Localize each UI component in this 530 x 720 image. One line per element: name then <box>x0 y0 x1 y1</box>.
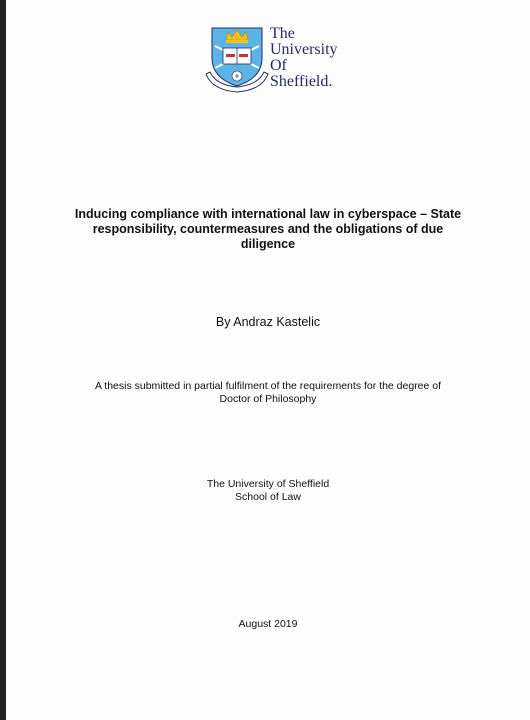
university-crest-icon <box>202 24 272 96</box>
degree-name: Doctor of Philosophy <box>6 393 530 406</box>
school-name: School of Law <box>6 491 530 504</box>
institution-block: The University of Sheffield School of La… <box>6 478 530 504</box>
document-page: The University Of Sheffield. Inducing co… <box>6 0 530 720</box>
degree-statement-line: A thesis submitted in partial fulfilment… <box>6 380 530 393</box>
wordmark-line: Of <box>270 58 338 74</box>
thesis-title: Inducing compliance with international l… <box>6 207 530 252</box>
university-wordmark: The University Of Sheffield. <box>270 26 338 90</box>
university-name: The University of Sheffield <box>6 478 530 491</box>
university-logo: The University Of Sheffield. <box>202 24 362 100</box>
wordmark-line: University <box>270 42 338 58</box>
wordmark-line: Sheffield. <box>270 74 338 90</box>
thesis-author: By Andraz Kastelic <box>6 315 530 329</box>
wordmark-line: The <box>270 26 338 42</box>
degree-statement: A thesis submitted in partial fulfilment… <box>6 380 530 406</box>
submission-date: August 2019 <box>6 618 530 630</box>
